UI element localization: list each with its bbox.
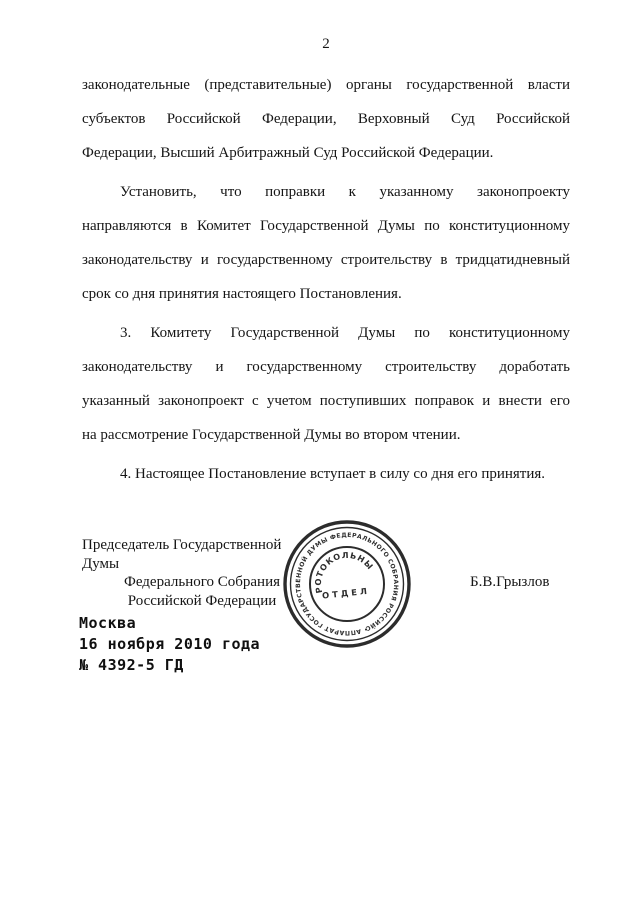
paragraph: 3. Комитету Государственной Думы по конс… [82, 316, 570, 452]
paragraph: 4. Настоящее Постановление вступает в си… [82, 457, 570, 491]
text-line: указанный законопроект с учетом поступив… [82, 384, 570, 418]
text-line: законодательству и государственному стро… [82, 350, 570, 384]
text-line: субъектов Российской Федерации, Верховны… [82, 102, 570, 136]
text-line: законодательные (представительные) орган… [82, 68, 570, 102]
document-footer: Москва 16 ноября 2010 года № 4392-5 ГД [79, 613, 260, 676]
signatory-name: Б.В.Грызлов [470, 574, 549, 591]
footer-date: 16 ноября 2010 года [79, 634, 260, 655]
paragraph: законодательные (представительные) орган… [82, 68, 570, 170]
text-line: Федерации, Высший Арбитражный Суд Россий… [82, 136, 570, 170]
document-page: { "page": { "number": "2" }, "body": { "… [0, 0, 640, 905]
text-line: Установить, что поправки к указанному за… [82, 175, 570, 209]
paragraph: Установить, что поправки к указанному за… [82, 175, 570, 311]
protocol-department-stamp-icon: • АППАРАТ ГОСУДАРСТВЕННОЙ ДУМЫ ФЕДЕРАЛЬН… [275, 512, 419, 656]
text-line: 4. Настоящее Постановление вступает в си… [82, 457, 570, 491]
stamp-ring-text: • АППАРАТ ГОСУДАРСТВЕННОЙ ДУМЫ ФЕДЕРАЛЬН… [275, 512, 417, 656]
stamp-center-text: ОТДЕЛ [322, 586, 371, 601]
document-body: законодательные (представительные) орган… [82, 68, 570, 491]
text-line: на рассмотрение Государственной Думы во … [82, 418, 570, 452]
svg-text:• АППАРАТ ГОСУДАРСТВЕННОЙ ДУМЫ: • АППАРАТ ГОСУДАРСТВЕННОЙ ДУМЫ ФЕДЕРАЛЬН… [275, 512, 417, 656]
footer-city: Москва [79, 613, 260, 634]
text-line: направляются в Комитет Государственной Д… [82, 209, 570, 243]
text-line: законодательству и государственному стро… [82, 243, 570, 277]
page-number: 2 [82, 36, 570, 53]
text-line: срок со дня принятия настоящего Постанов… [82, 277, 570, 311]
footer-doc-number: № 4392-5 ГД [79, 655, 260, 676]
text-line: 3. Комитету Государственной Думы по конс… [82, 316, 570, 350]
